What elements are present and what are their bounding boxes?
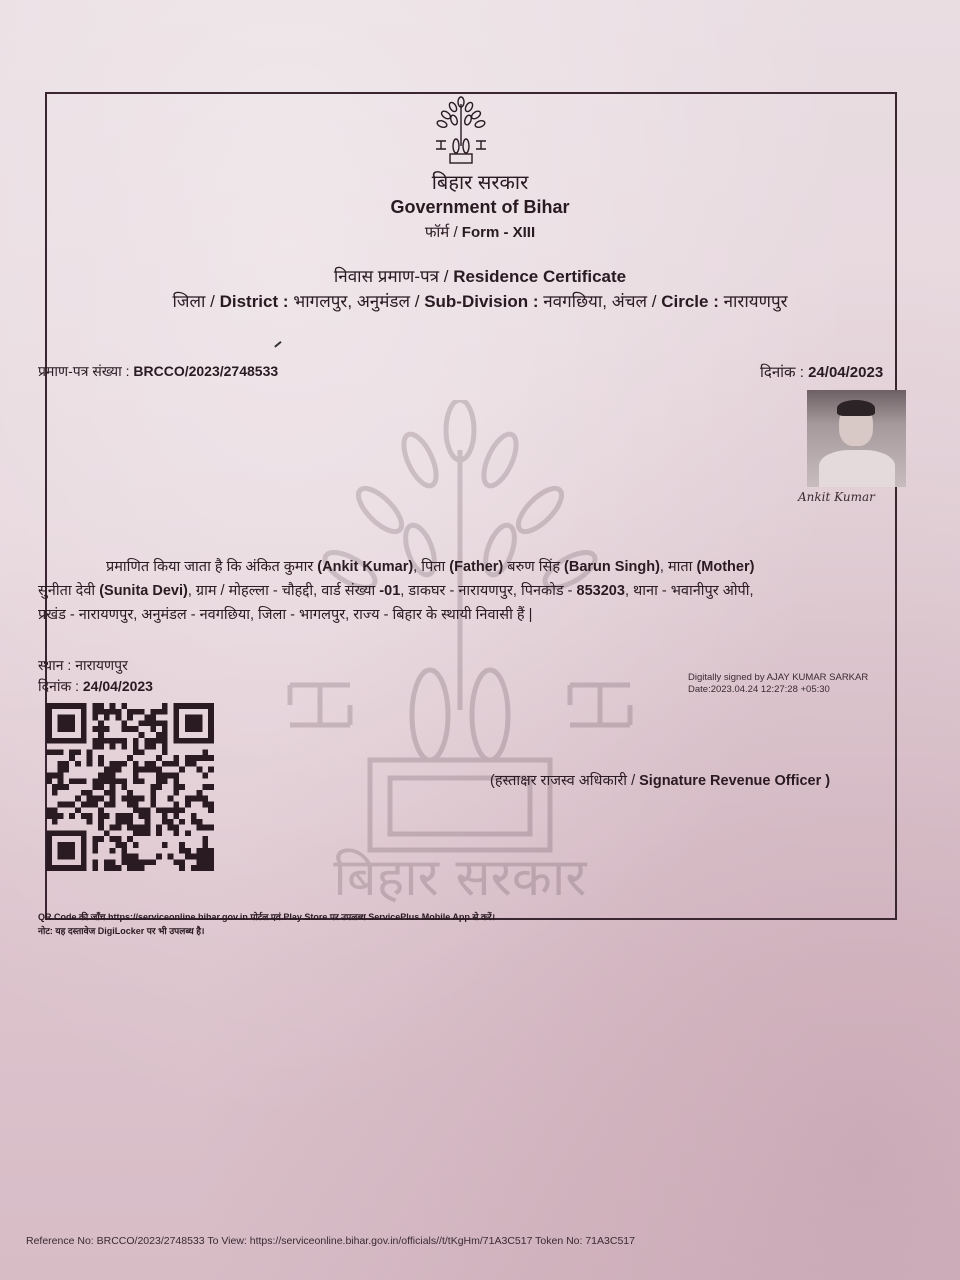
issue-date-value: 24/04/2023 [808,364,883,381]
digital-signature: Digitally signed by AJAY KUMAR SARKAR Da… [688,672,868,696]
qr-verification-note: QR Code की जाँच https://serviceonline.bi… [38,910,495,924]
body-text: , थाना - भवानीपुर ओपी, [625,583,754,599]
mother-name-hi: सुनीता देवी [38,583,99,599]
certificate-title-hindi: निवास प्रमाण-पत्र / [334,267,449,286]
form-label-hindi: फॉर्म / [425,224,458,241]
bihar-emblem-icon [432,96,490,164]
father-name-hi: बरुण सिंह [503,559,564,575]
body-text: , माता [660,559,697,575]
body-text: , डाकघर - नारायणपुर, पिनकोड - [400,583,576,599]
mother-name-en: (Sunita Devi) [99,583,188,599]
place-value: नारायणपुर [75,657,128,673]
qr-code-icon[interactable] [40,703,220,871]
body-text-line3: प्रखंड - नारायणपुर, अनुमंडल - नवगछिया, ज… [38,603,898,627]
place-date: दिनांक : 24/04/2023 [38,677,153,696]
circle-value: नारायणपुर [724,292,788,311]
place-date-label: दिनांक : [38,678,79,694]
header-hindi-title: बिहार सरकार [0,168,960,195]
place-label: स्थान : [38,657,71,673]
form-label-english: Form - XIII [462,224,535,241]
certificate-title-english: Residence Certificate [453,267,626,286]
body-text: प्रमाणित किया जाता है कि अंकित कुमार [106,559,317,575]
digital-signature-name: Digitally signed by AJAY KUMAR SARKAR [688,672,868,684]
father-label: (Father) [449,559,503,575]
certificate-number-label: प्रमाण-पत्र संख्या : [38,363,130,379]
pincode: 853203 [577,583,625,599]
district-line: जिला / District : भागलपुर, अनुमंडल / Sub… [0,289,960,312]
body-text: , पिता [413,559,449,575]
header-english-title: Government of Bihar [0,197,960,218]
father-name-en: (Barun Singh) [564,559,660,575]
digital-signature-date: Date:2023.04.24 12:27:28 +05:30 [688,684,868,696]
certificate-number-value: BRCCO/2023/2748533 [133,363,278,379]
officer-label-en: Signature Revenue Officer ) [639,773,830,789]
reference-line: Reference No: BRCCO/2023/2748533 To View… [26,1235,635,1247]
body-text: , ग्राम / मोहल्ला - चौहद्दी, वार्ड संख्य… [188,583,379,599]
certificate-body: प्रमाणित किया जाता है कि अंकित कुमार (An… [38,555,898,627]
place-date-value: 24/04/2023 [83,678,153,694]
mother-label: (Mother) [696,559,754,575]
form-number: फॉर्म / Form - XIII [0,222,960,242]
qr-note: QR Code की जाँच https://serviceonline.bi… [38,910,495,938]
digilocker-note: नोट: यह दस्तावेज DigiLocker पर भी उपलब्ध… [38,924,495,938]
issue-date: दिनांक : 24/04/2023 [760,362,883,382]
officer-label-hi: (हस्ताक्षर राजस्व अधिकारी / [490,773,639,789]
applicant-name: (Ankit Kumar) [317,559,413,575]
district-label-hi: जिला / [172,292,214,311]
circle-label-en: Circle : [661,292,719,311]
subdivision-label-hi: अनुमंडल / [357,292,420,311]
issue-date-label: दिनांक : [760,364,804,381]
district-label-en: District : [220,292,289,311]
applicant-photo [807,390,906,487]
certificate-title: निवास प्रमाण-पत्र / Residence Certificat… [0,264,960,287]
place: स्थान : नारायणपुर [38,656,128,675]
ward-number: -01 [379,583,400,599]
certificate-number: प्रमाण-पत्र संख्या : BRCCO/2023/2748533 [38,362,278,381]
circle-label-hi: अंचल / [612,292,657,311]
signature-officer-label: (हस्ताक्षर राजस्व अधिकारी / Signature Re… [490,770,830,790]
district-value: भागलपुर, [293,292,352,311]
applicant-signature: Ankit Kumar [798,490,875,504]
subdivision-value: नवगछिया, [543,292,607,311]
subdivision-label-en: Sub-Division : [424,292,538,311]
